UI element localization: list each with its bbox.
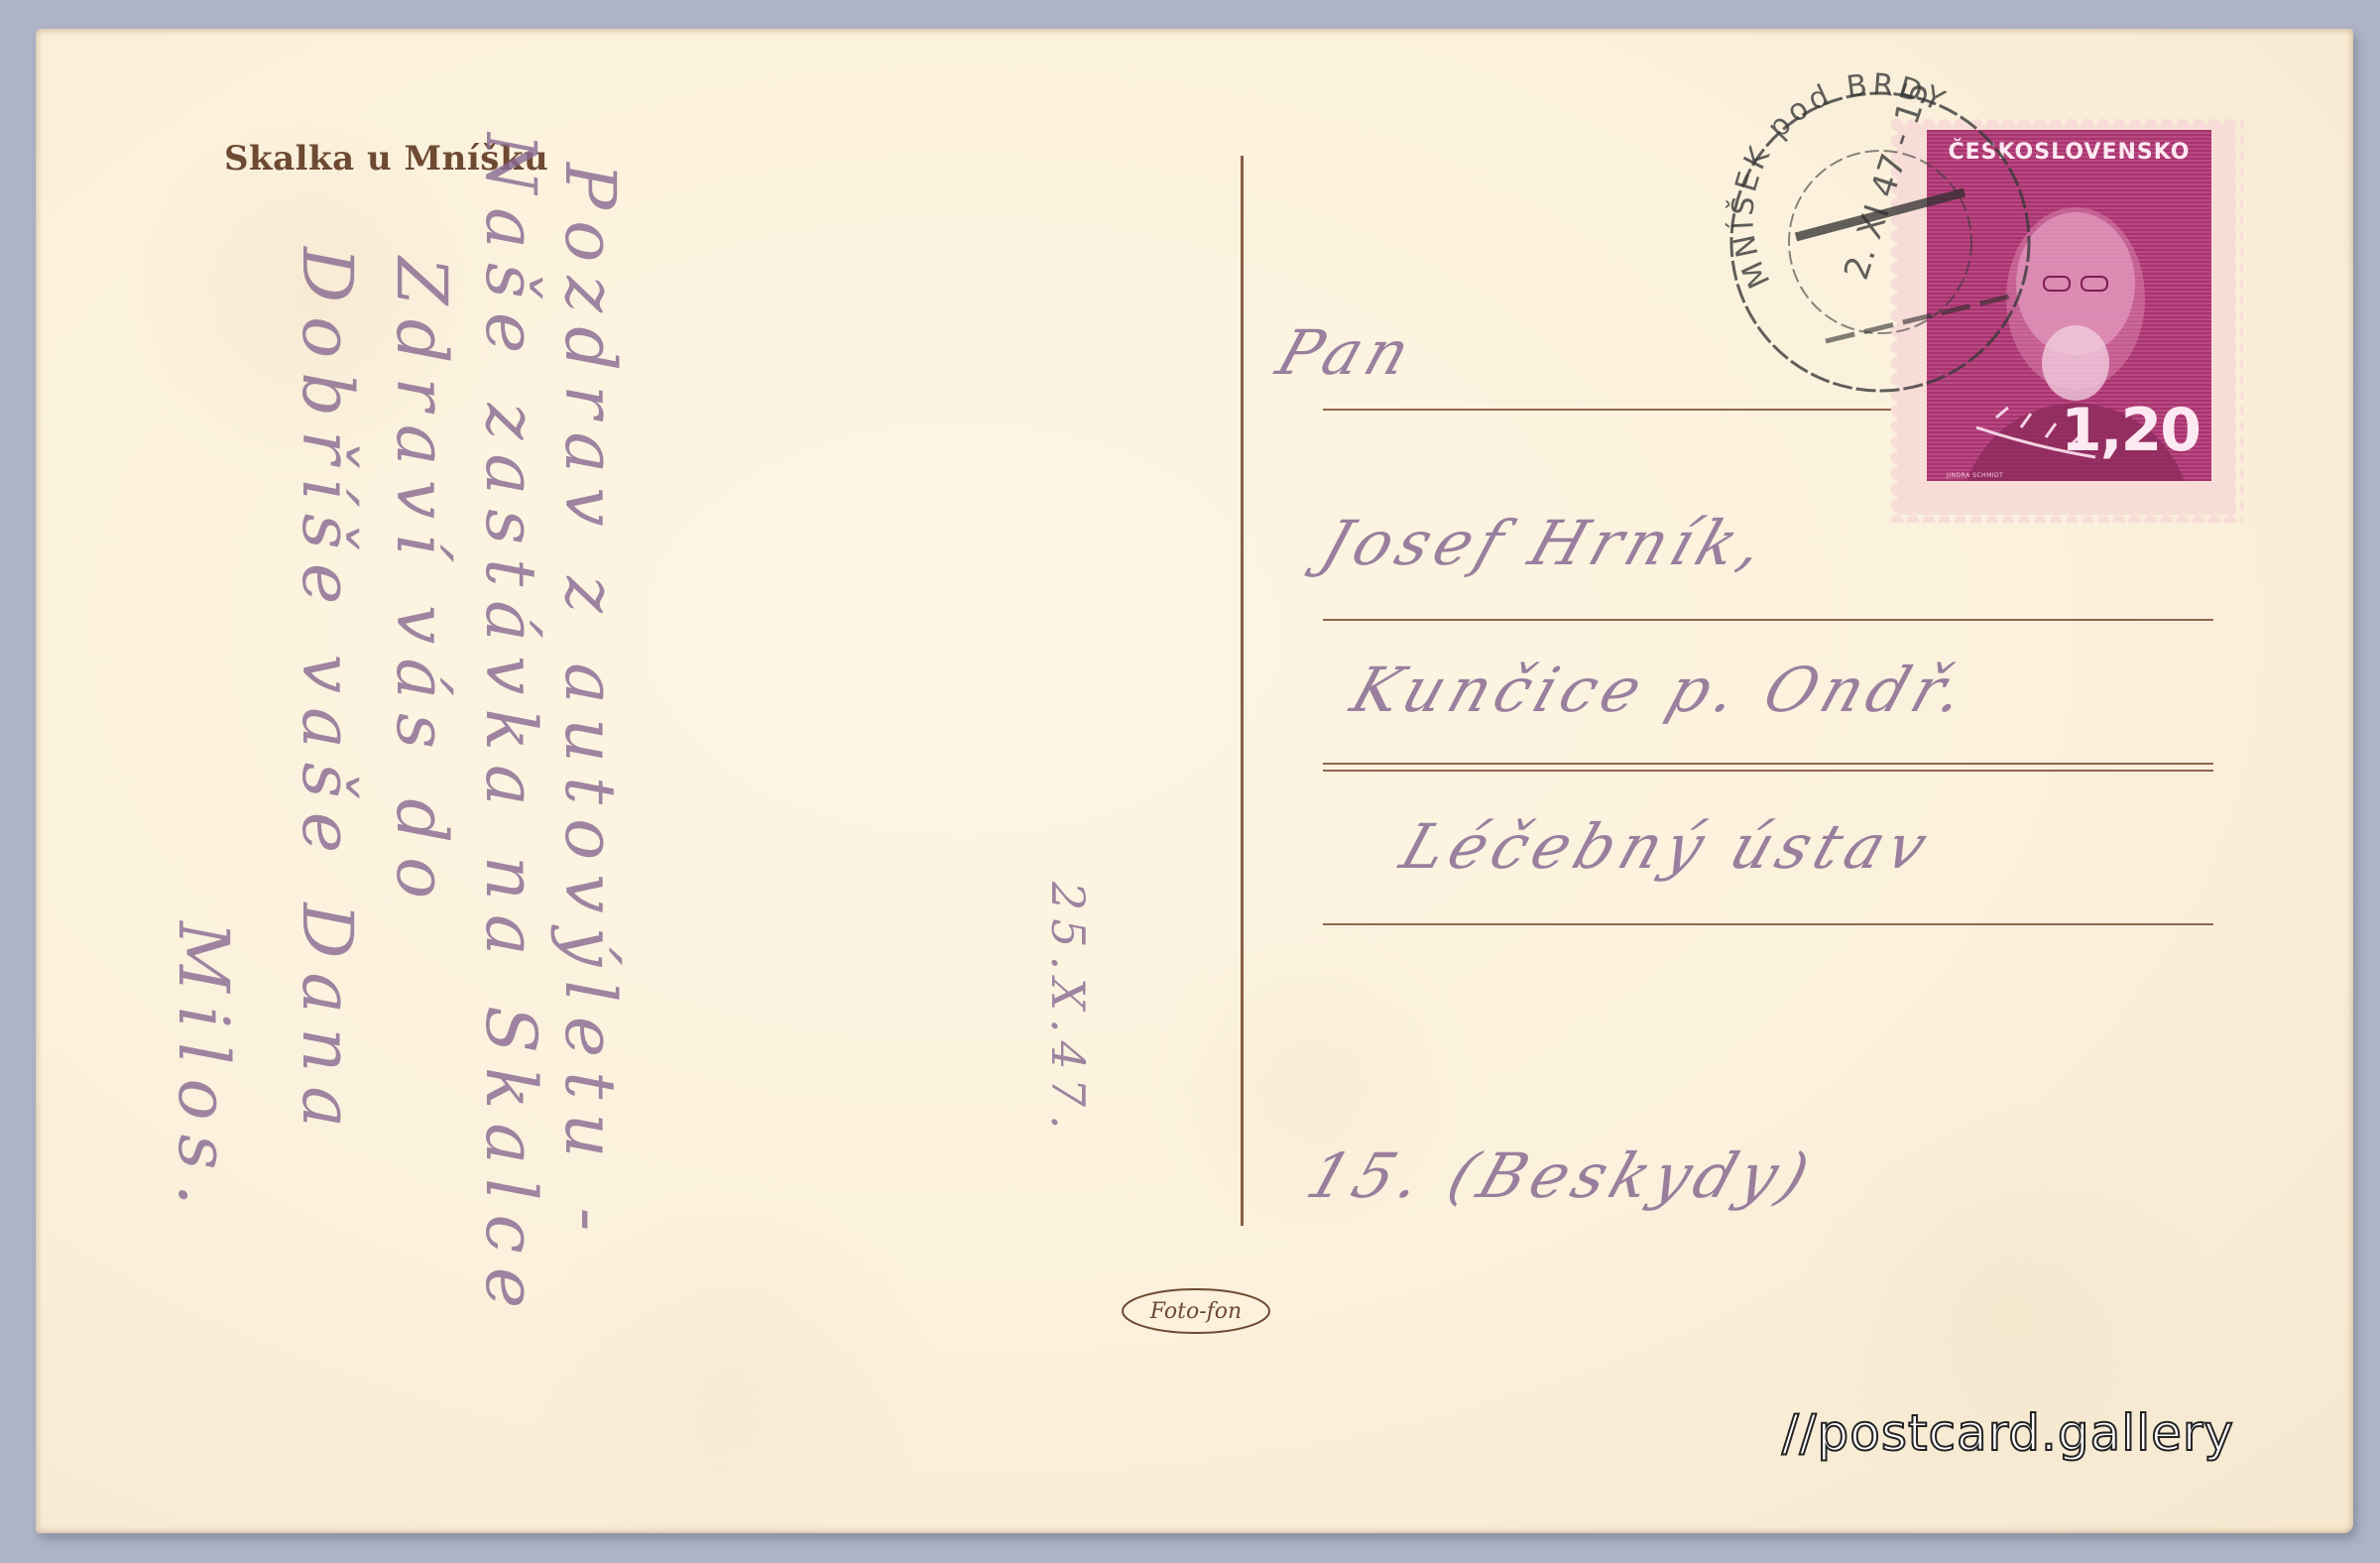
address-town: Kunčice p. Ondř. [1343,654,1979,726]
address-name: Josef Hrník, [1313,507,1779,579]
postage-stamp: ČESKOSLOVENSKO 1,20 JINDRA SCHMIDT [1889,117,2243,523]
address-salutation: Pan [1268,316,1425,389]
postcard-back: Skalka u Mníšku Foto-fon Pozdrav z autov… [36,29,2353,1533]
message-line-4: Dobříše vaše Dana [287,247,368,1142]
stamp-value: 1,20 [2061,396,2200,465]
stamp-design: ČESKOSLOVENSKO 1,20 JINDRA SCHMIDT [1927,130,2211,481]
stamp-country: ČESKOSLOVENSKO [1927,140,2211,165]
address-institution: Léčebný ústav [1392,810,1942,883]
address-line-3b-rule [1323,770,2213,772]
publisher-logo-text: Foto-fon [1117,1283,1275,1339]
message-date: 25.X.47. [1041,882,1095,1138]
address-line-4-rule [1323,923,2213,925]
address-line-3-rule [1323,763,2213,765]
center-divider [1241,156,1244,1226]
message-line-3: Zdraví vás do [381,257,462,912]
message-line-2: Naše zastávka na Skalce [470,133,551,1322]
watermark: //postcard.gallery [1782,1404,2234,1462]
address-region: 15. (Beskydy) [1298,1140,1824,1212]
stamp-artist: JINDRA SCHMIDT [1947,472,2003,479]
address-line-2-rule [1323,619,2213,621]
message-line-1: Pozdrav z autovýletu - [549,163,631,1245]
publisher-logo: Foto-fon [1117,1283,1275,1339]
message-signature: Milos. [163,921,244,1220]
